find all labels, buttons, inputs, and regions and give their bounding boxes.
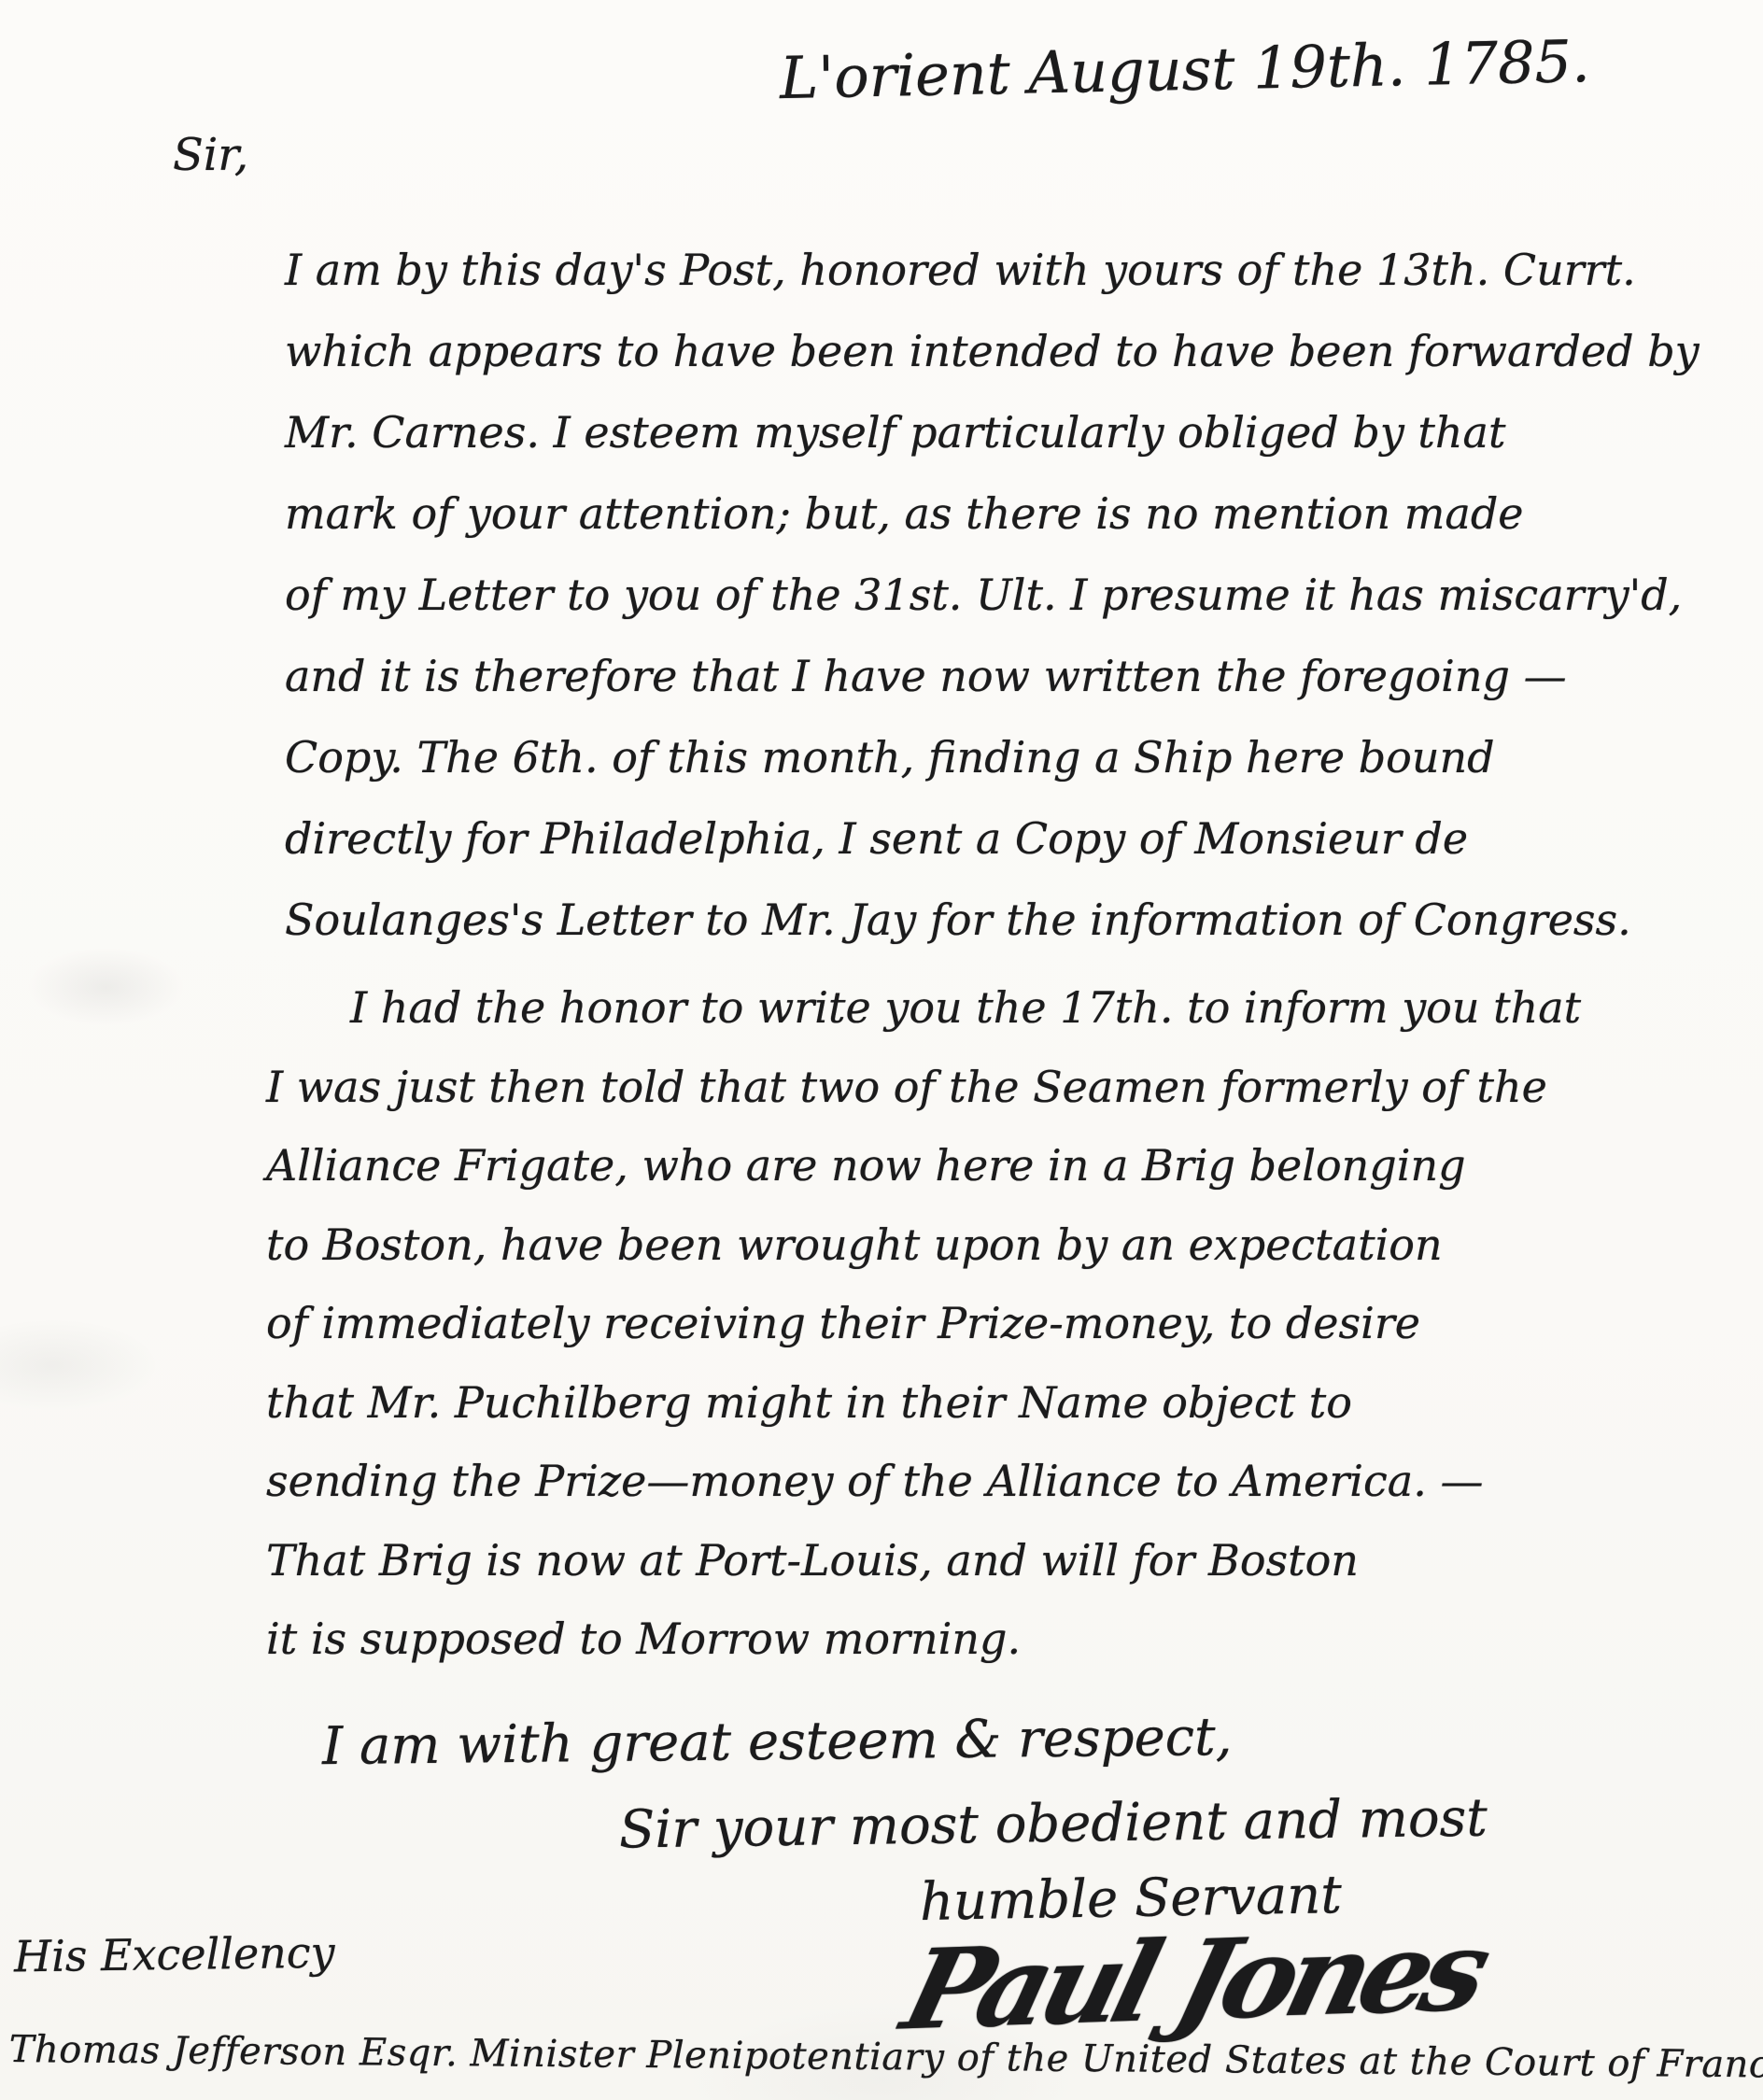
dateline: L'orient August 19th. 1785. bbox=[779, 27, 1590, 112]
body-line: Mr. Carnes. I esteem myself particularly… bbox=[285, 392, 1700, 473]
letter-page: L'orient August 19th. 1785. Sir, I am by… bbox=[0, 0, 1763, 2100]
body-line: I was just then told that two of the Sea… bbox=[266, 1048, 1581, 1127]
body-line: it is supposed to Morrow morning. bbox=[266, 1600, 1581, 1679]
addressee-his-excellency: His Excellency bbox=[14, 1927, 335, 1982]
body-line: Copy. The 6th. of this month, finding a … bbox=[285, 717, 1700, 798]
body-line: mark of your attention; but, as there is… bbox=[285, 473, 1700, 555]
body-line: I am by this day's Post, honored with yo… bbox=[285, 230, 1700, 311]
body-line: That Brig is now at Port-Louis, and will… bbox=[266, 1521, 1581, 1600]
body-line: directly for Philadelphia, I sent a Copy… bbox=[285, 798, 1700, 880]
body-line: to Boston, have been wrought upon by an … bbox=[266, 1205, 1581, 1285]
body-line: of my Letter to you of the 31st. Ult. I … bbox=[285, 555, 1700, 636]
body-line: Soulanges's Letter to Mr. Jay for the in… bbox=[285, 880, 1700, 961]
paragraph-1: I am by this day's Post, honored with yo… bbox=[285, 230, 1700, 961]
body-line: Alliance Frigate, who are now here in a … bbox=[266, 1126, 1581, 1205]
closing-esteem-line: I am with great esteem & respect, bbox=[322, 1707, 1233, 1777]
body-line: sending the Prize—money of the Alliance … bbox=[266, 1442, 1581, 1521]
closing-obedient-line: Sir your most obedient and most bbox=[619, 1788, 1488, 1861]
body-line: of immediately receiving their Prize-mon… bbox=[266, 1284, 1581, 1363]
body-line: that Mr. Puchilberg might in their Name … bbox=[266, 1363, 1581, 1443]
paragraph-2: I had the honor to write you the 17th. t… bbox=[266, 968, 1581, 1679]
body-line: I had the honor to write you the 17th. t… bbox=[266, 968, 1581, 1048]
signature-paul-jones: Paul Jones bbox=[894, 1915, 1492, 2045]
addressee-jefferson-title: Thomas Jefferson Esqr. Minister Plenipot… bbox=[9, 2028, 1763, 2087]
body-line: and it is therefore that I have now writ… bbox=[285, 636, 1700, 717]
salutation: Sir, bbox=[173, 129, 248, 181]
body-line: which appears to have been intended to h… bbox=[285, 311, 1700, 392]
